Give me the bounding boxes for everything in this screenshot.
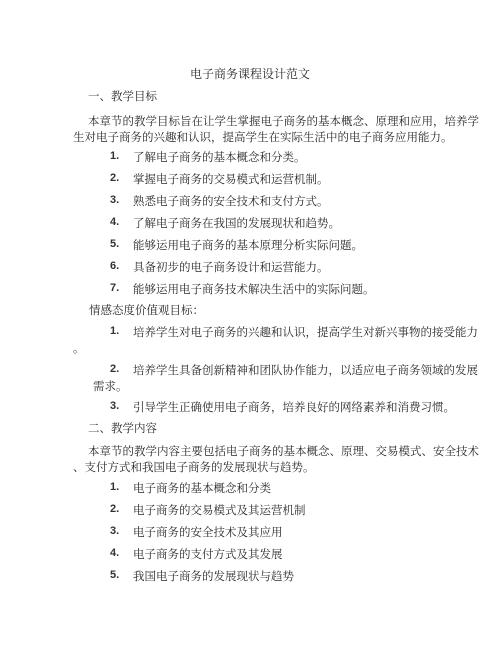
content-number: 1. (110, 481, 119, 493)
goal-number: 7. (110, 282, 119, 294)
affective-item-continuation: 。 (73, 340, 85, 356)
content-item: 我国电子商务的发展现状与趋势 (133, 568, 294, 584)
goal-item: 能够运用电子商务的基本原理分析实际问题。 (133, 237, 363, 253)
objectives-paragraph-line-1: 本章节的教学目标旨在让学生掌握电子商务的基本概念、原理和应用，培养学 (88, 113, 479, 129)
goal-item: 熟悉电子商务的安全技术和支付方式。 (133, 193, 329, 209)
content-item: 电子商务的安全技术及其应用 (133, 524, 283, 540)
goal-item: 了解电子商务的基本概念和分类。 (133, 149, 306, 165)
affective-item: 培养学生对电子商务的兴趣和认识，提高学生对新兴事物的接受能力 (133, 324, 478, 340)
content-paragraph-line-1: 本章节的教学内容主要包括电子商务的基本概念、原理、交易模式、安全技术 (88, 443, 479, 459)
content-item: 电子商务的基本概念和分类 (133, 480, 271, 496)
goal-item: 了解电子商务在我国的发展现状和趋势。 (133, 215, 340, 231)
goal-number: 3. (110, 194, 119, 206)
goal-number: 4. (110, 216, 119, 228)
content-number: 4. (110, 547, 119, 559)
affective-item-continuation: 需求。 (93, 378, 128, 394)
content-item: 电子商务的交易模式及其运营机制 (133, 502, 306, 518)
affective-number: 3. (110, 400, 119, 412)
affective-goals-heading: 情感态度价值观目标： (89, 302, 204, 318)
goal-number: 6. (110, 260, 119, 272)
affective-item: 引导学生正确使用电子商务，培养良好的网络素养和消费习惯。 (133, 399, 455, 415)
goal-item: 掌握电子商务的交易模式和运营机制。 (133, 171, 329, 187)
affective-number: 1. (110, 325, 119, 337)
objectives-paragraph-line-2: 生对电子商务的兴趣和认识，提高学生在实际生活中的电子商务应用能力。 (73, 129, 453, 145)
content-number: 3. (110, 525, 119, 537)
content-number: 5. (110, 569, 119, 581)
goal-item: 具备初步的电子商务设计和运营能力。 (133, 259, 329, 275)
goal-number: 1. (110, 150, 119, 162)
affective-item: 培养学生具备创新精神和团队协作能力，以适应电子商务领域的发展 (133, 362, 478, 378)
goal-number: 2. (110, 172, 119, 184)
content-paragraph-line-2: 、支付方式和我国电子商务的发展现状与趋势。 (73, 459, 315, 475)
affective-number: 2. (110, 363, 119, 375)
section-heading-objectives: 一、教学目标 (88, 88, 157, 104)
content-item: 电子商务的支付方式及其发展 (133, 546, 283, 562)
goal-item: 能够运用电子商务技术解决生活中的实际问题。 (133, 281, 375, 297)
document-title: 电子商务课程设计范文 (0, 65, 500, 82)
content-number: 2. (110, 503, 119, 515)
section-heading-content: 二、教学内容 (88, 420, 157, 436)
goal-number: 5. (110, 238, 119, 250)
